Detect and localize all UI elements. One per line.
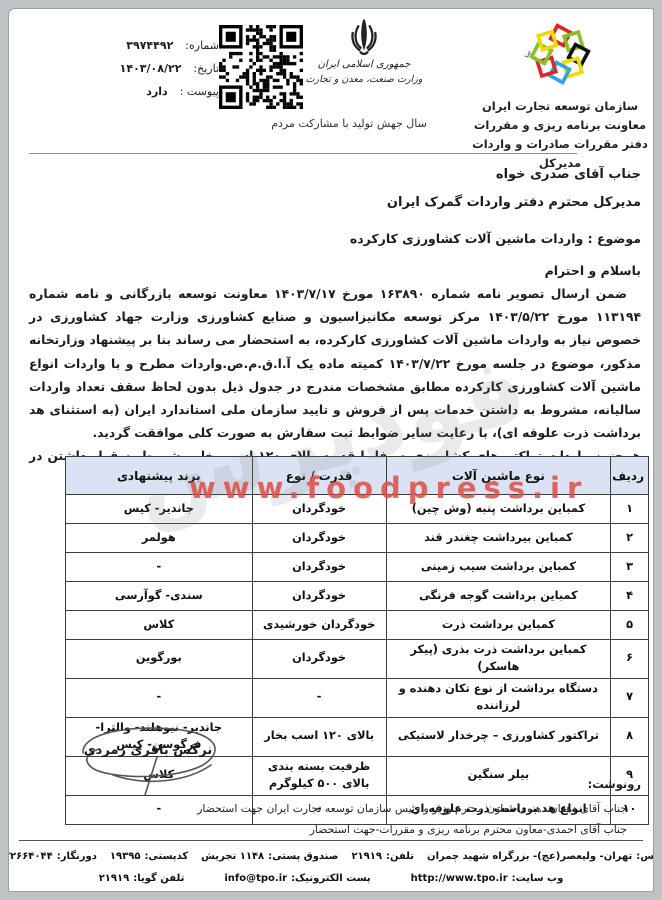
footer-item-label: تلفن گویا: bbox=[133, 873, 184, 884]
tpo-logo-arc-top-text: سازمان توسعه تجارت ایران bbox=[517, 11, 533, 59]
iran-emblem-icon bbox=[347, 17, 381, 57]
footer-item: تلفن:۲۱۹۱۹ bbox=[351, 851, 414, 862]
signature-scrawl-icon bbox=[53, 717, 243, 801]
footer-item-value: info@tpo.ir bbox=[224, 873, 287, 884]
footer-item-label: کدپستی: bbox=[144, 851, 188, 862]
table-cell: خودگردان خورشیدی bbox=[252, 611, 386, 640]
table-header-cell: قدرت / نوع bbox=[252, 457, 386, 495]
cc-label: رونوشت: bbox=[588, 777, 641, 791]
letter-number-row: شماره: ۳۹۷۴۴۹۲ bbox=[49, 39, 219, 52]
table-cell: ۱ bbox=[611, 495, 649, 524]
table-header-cell: نوع ماشین آلات bbox=[386, 457, 610, 495]
table-row: ۱کمباین برداشت پنبه (وش چین)خودگردانجاند… bbox=[66, 495, 649, 524]
cc-line: جناب آقای دهقان دهنوی-معاون محترم وزیر و… bbox=[49, 798, 627, 819]
table-cell: ۵ bbox=[611, 611, 649, 640]
emblem-line1: جمهوری اسلامی ایران bbox=[294, 59, 434, 70]
footer-item-label: تلفن: bbox=[386, 851, 414, 862]
letter-number-value: ۳۹۷۴۴۹۲ bbox=[126, 39, 173, 52]
footer-item-value: ۱۱۴۸ تجریش bbox=[201, 851, 264, 862]
footer-item-label: صندوق پستی: bbox=[268, 851, 338, 862]
signature-block: نرگس باقری زمردی bbox=[53, 717, 243, 801]
svg-text:سازمان توسعه تجارت ایران: سازمان توسعه تجارت ایران bbox=[517, 11, 533, 59]
table-cell: - bbox=[66, 678, 253, 717]
letter-number-label: شماره: bbox=[185, 39, 219, 52]
table-header-cell: ردیف bbox=[611, 457, 649, 495]
footer-item-value: ۲۱۹۱۹ bbox=[99, 873, 130, 884]
footer-item-value: ۲۱۹۱۹ bbox=[351, 851, 382, 862]
table-row: ۶کمباین برداشت ذرت بذری (پیکر هاسکر)خودگ… bbox=[66, 640, 649, 679]
footer-item-value: ۵-۲۲۶۶۴۰۴۴ bbox=[8, 851, 53, 862]
footer-address-row: آدرس:تهران- ولیعصر(عج)- بزرگراه شهید چمر… bbox=[15, 851, 647, 862]
footer-contact-row: وب سایت:http://www.tpo.irپست الکترونیک:i… bbox=[15, 873, 647, 884]
table-header-row: ردیفنوع ماشین آلاتقدرت / نوعبرند پیشنهاد… bbox=[66, 457, 649, 495]
letter-meta: شماره: ۳۹۷۴۴۹۲ تاریخ: ۱۴۰۳/۰۸/۲۲ پیوست :… bbox=[49, 39, 219, 108]
subject-line: موضوع : واردات ماشین آلات کشاورزی کارکرد… bbox=[29, 231, 641, 246]
table-cell: ۸ bbox=[611, 717, 649, 756]
table-cell: بیلر سنگین bbox=[386, 756, 610, 795]
table-row: ۲کمباین بیرداشت چغندر قندخودگردانهولمر bbox=[66, 524, 649, 553]
table-cell: تراکتور کشاورزی – چرخدار لاستیکی bbox=[386, 717, 610, 756]
table-cell: بورگوین bbox=[66, 640, 253, 679]
emblem-line2: وزارت صنعت، معدن و تجارت bbox=[294, 74, 434, 85]
footer-item: پست الکترونیک:info@tpo.ir bbox=[224, 873, 370, 884]
footer-item: صندوق پستی:۱۱۴۸ تجریش bbox=[201, 851, 338, 862]
table-cell: خودگردان bbox=[252, 582, 386, 611]
year-slogan: سال جهش تولید با مشارکت مردم bbox=[224, 117, 474, 130]
footer-item: وب سایت:http://www.tpo.ir bbox=[411, 873, 564, 884]
signatory-name: نرگس باقری زمردی bbox=[53, 743, 243, 758]
header-divider bbox=[29, 153, 577, 154]
letter-attachment-label: پیوست : bbox=[180, 85, 219, 98]
table-cell: کمباین برداشت سیب زمینی bbox=[386, 553, 610, 582]
table-cell: - bbox=[252, 678, 386, 717]
table-cell: ۳ bbox=[611, 553, 649, 582]
table-cell: کمباین برداشت ذرت بذری (پیکر هاسکر) bbox=[386, 640, 610, 679]
cc-lines: جناب آقای دهقان دهنوی-معاون محترم وزیر و… bbox=[49, 798, 627, 840]
tpo-block: سازمان توسعه تجارت ایران Trade Promotion… bbox=[459, 11, 654, 173]
table-cell: بالای ۱۲۰ اسب بخار bbox=[252, 717, 386, 756]
footer-item: آدرس:تهران- ولیعصر(عج)- بزرگراه شهید چمر… bbox=[427, 851, 654, 862]
footer-item-value: تهران- ولیعصر(عج)- بزرگراه شهید چمران bbox=[427, 851, 632, 862]
org-line3: دفتر مقررات صادرات و واردات bbox=[459, 135, 654, 154]
table-cell: دستگاه برداشت از نوع تکان دهنده و لرزانن… bbox=[386, 678, 610, 717]
table-cell: کلاس bbox=[66, 611, 253, 640]
footer-divider bbox=[19, 840, 643, 841]
table-cell: هولمر bbox=[66, 524, 253, 553]
footer-item-label: دورنگار: bbox=[57, 851, 97, 862]
table-cell: کمباین برداشت گوجه فرنگی bbox=[386, 582, 610, 611]
footer-item: دورنگار:۵-۲۲۶۶۴۰۴۴ bbox=[8, 851, 97, 862]
letter-date-value: ۱۴۰۳/۰۸/۲۲ bbox=[120, 62, 182, 75]
table-row: ۴کمباین برداشت گوجه فرنگیخودگردانسندی- گ… bbox=[66, 582, 649, 611]
footer-item-label: پست الکترونیک: bbox=[291, 873, 371, 884]
footer-item-value: http://www.tpo.ir bbox=[411, 873, 508, 884]
letter-date-label: تاریخ: bbox=[193, 62, 219, 75]
ministry-block: جمهوری اسلامی ایران وزارت صنعت، معدن و ت… bbox=[294, 17, 434, 85]
table-cell: ۷ bbox=[611, 678, 649, 717]
footer-item-value: ۱۹۳۹۵ bbox=[110, 851, 141, 862]
table-cell: خودگردان bbox=[252, 495, 386, 524]
table-row: ۵کمباین برداشت ذرتخودگردان خورشیدیکلاس bbox=[66, 611, 649, 640]
table-cell: ۲ bbox=[611, 524, 649, 553]
qr-code bbox=[219, 25, 303, 109]
table-cell: کمباین برداشت ذرت bbox=[386, 611, 610, 640]
body-paragraph-1: ضمن ارسال تصویر نامه شماره ۱۶۳۸۹۰ مورخ ۱… bbox=[29, 283, 641, 445]
footer-item-label: آدرس: bbox=[636, 851, 654, 862]
org-line1: سازمان توسعه تجارت ایران bbox=[459, 97, 654, 116]
table-cell: خودگردان bbox=[252, 640, 386, 679]
tpo-logo-arc-bottom-text: Trade Promotion Organization of Iran bbox=[517, 11, 533, 56]
cc-line: جناب آقای احمدی-معاون محترم برنامه ریزی … bbox=[49, 819, 627, 840]
footer-item: کدپستی:۱۹۳۹۵ bbox=[110, 851, 188, 862]
footer-item: تلفن گویا:۲۱۹۱۹ bbox=[99, 873, 185, 884]
table-row: ۷دستگاه برداشت از نوع تکان دهنده و لرزان… bbox=[66, 678, 649, 717]
letter-date-row: تاریخ: ۱۴۰۳/۰۸/۲۲ bbox=[49, 62, 219, 75]
tpo-logo-icon: سازمان توسعه تجارت ایران Trade Promotion… bbox=[517, 11, 603, 97]
table-header-cell: برند پیشنهادی bbox=[66, 457, 253, 495]
table-cell: جاندیر- کیس bbox=[66, 495, 253, 524]
recipient-name: جناب آقای صدری خواه bbox=[29, 167, 641, 182]
letter-attachment-row: پیوست : دارد bbox=[49, 85, 219, 98]
table-cell: ظرفیت بسته بندی بالای ۵۰۰ کیلوگرم bbox=[252, 756, 386, 795]
table-cell: خودگردان bbox=[252, 553, 386, 582]
table-cell: ۶ bbox=[611, 640, 649, 679]
letter-attachment-value: دارد bbox=[146, 85, 167, 98]
table-cell: - bbox=[66, 553, 253, 582]
svg-text:Trade Promotion Organization o: Trade Promotion Organization of Iran bbox=[517, 11, 533, 56]
table-cell: کمباین بیرداشت چغندر قند bbox=[386, 524, 610, 553]
table-row: ۳کمباین برداشت سیب زمینیخودگردان- bbox=[66, 553, 649, 582]
recipient-title: مدیرکل محترم دفتر واردات گمرک ایران bbox=[29, 195, 641, 210]
footer-item-label: وب سایت: bbox=[512, 873, 564, 884]
org-line2: معاونت برنامه ریزی و مقررات bbox=[459, 116, 654, 135]
table-cell: سندی- گوآرسی bbox=[66, 582, 253, 611]
scanned-letter: { "letterhead": { "meta": { "number_labe… bbox=[0, 0, 662, 900]
table-cell: کمباین برداشت پنبه (وش چین) bbox=[386, 495, 610, 524]
document-page: شماره: ۳۹۷۴۴۹۲ تاریخ: ۱۴۰۳/۰۸/۲۲ پیوست :… bbox=[8, 8, 654, 892]
salutation: باسلام و احترام bbox=[29, 263, 641, 278]
table-cell: ۴ bbox=[611, 582, 649, 611]
table-cell: خودگردان bbox=[252, 524, 386, 553]
